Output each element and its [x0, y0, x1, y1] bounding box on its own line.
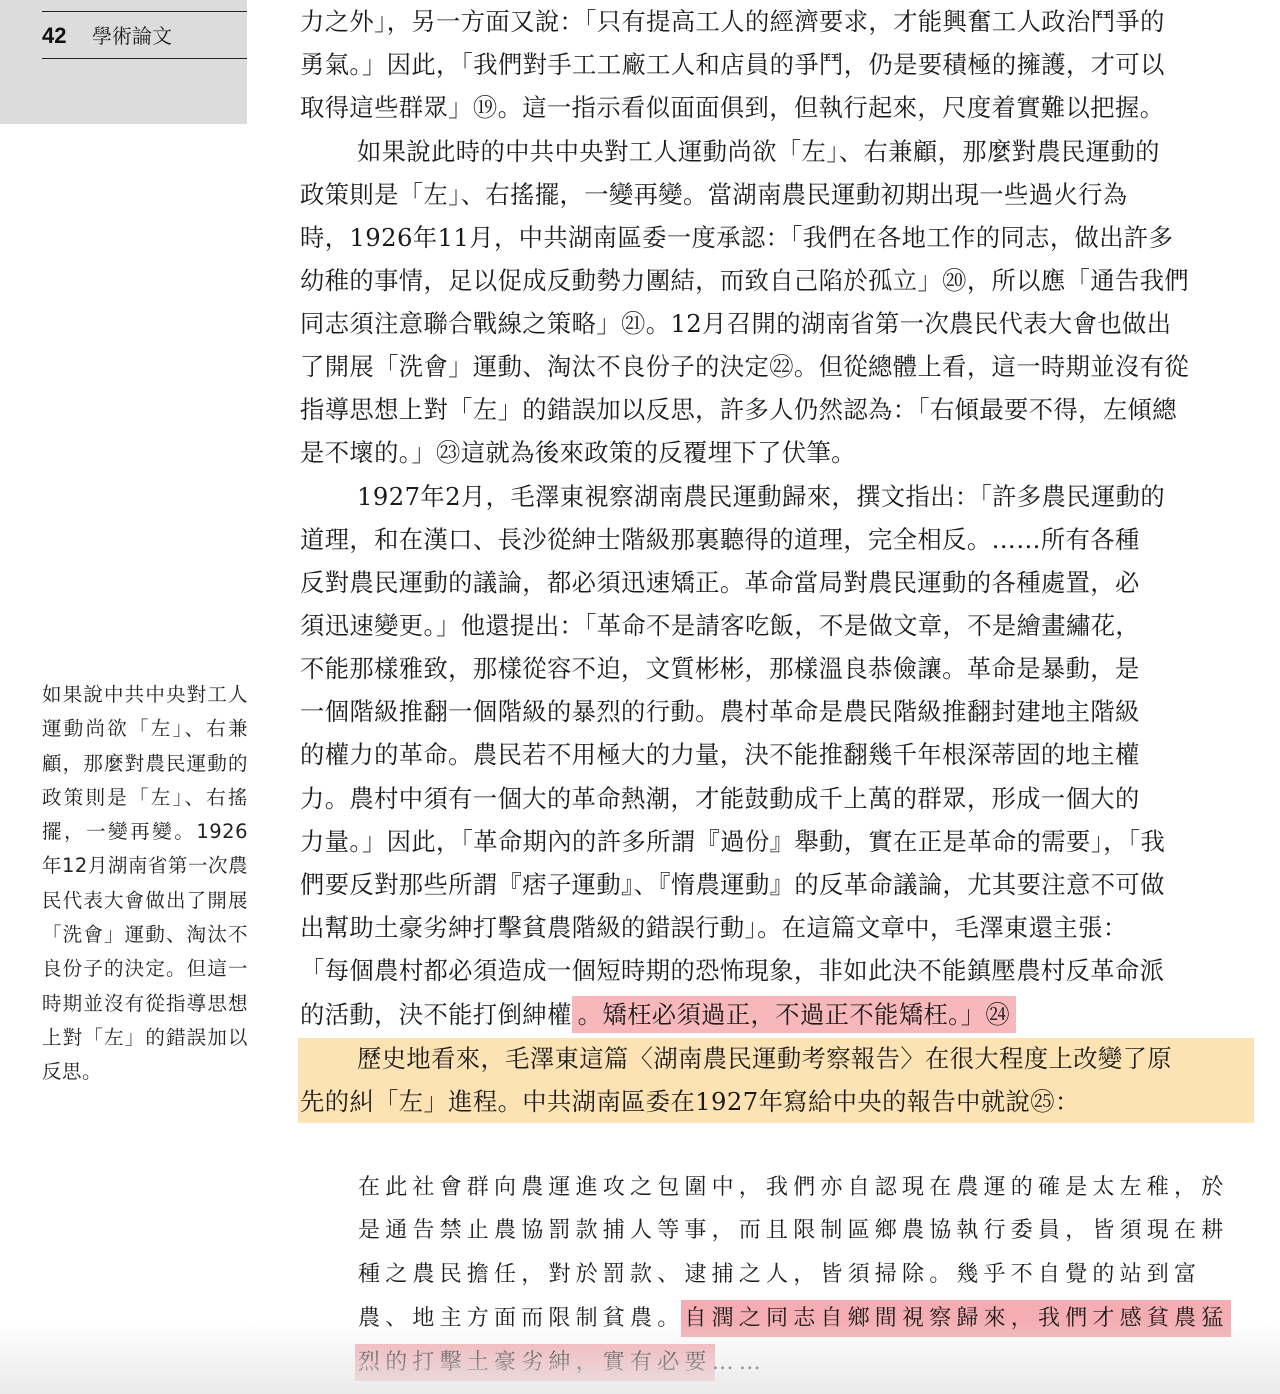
margin-pull-quote: 如果說中共中央對工人運動尚欲「左」、右兼顧，那麼對農民運動的政策則是「左」、右搖… — [42, 678, 248, 1090]
text-line-with-highlight: 的活動，決不能打倒紳權。矯枉必須過正，不過正不能矯枉。」㉔ — [300, 993, 1016, 1036]
text-line: 了開展「洗會」運動、淘汰不良份子的決定㉒。但從總體上看，這一時期並沒有從 — [300, 345, 1189, 388]
paragraph-start-line: 如果說此時的中共中央對工人運動尚欲「左」、右兼顧，那麼對農民運動的 — [300, 130, 1160, 173]
header-rule-bottom — [42, 58, 247, 59]
text-line: 取得這些群眾」⑲。這一指示看似面面俱到，但執行起來，尺度着實難以把握。 — [300, 86, 1164, 129]
text-line: 力。農村中須有一個大的革命熱潮，才能鼓動成千上萬的群眾，形成一個大的 — [300, 777, 1140, 820]
text-line: 幼稚的事情，足以促成反動勢力團結，而致自己陷於孤立」⑳，所以應「通告我們 — [300, 259, 1189, 302]
text-line: 「每個農村都必須造成一個短時期的恐怖現象，非如此決不能鎮壓農村反革命派 — [300, 949, 1164, 992]
pink-highlight-text: 。矯枉必須過正，不過正不能矯枉。」㉔ — [572, 996, 1016, 1033]
quote-line: 種之農民擔任，對於罰款、逮捕之人，皆須掃除。幾乎不自覺的站到富 — [358, 1253, 1201, 1296]
text-line: 是不壞的。」㉓這就為後來政策的反覆埋下了伏筆。 — [300, 431, 856, 474]
text-line: 力量。」因此，「革命期內的許多所謂『過份』舉動，實在正是革命的需要」，「我 — [300, 820, 1165, 863]
orange-highlight-line: 先的糾「左」進程。中共湖南區委在1927年寫給中央的報告中就說㉕： — [300, 1080, 1080, 1123]
text-line: 時，1926年11月，中共湖南區委一度承認：「我們在各地工作的同志，做出許多 — [300, 216, 1173, 259]
quote-line-with-highlight: 烈的打擊土豪劣紳，實有必要…… — [358, 1341, 766, 1384]
page-number: 42 — [42, 21, 66, 51]
text-line: 力之外」，另一方面又說：「只有提高工人的經濟要求，才能興奮工人政治鬥爭的 — [300, 0, 1165, 43]
text-line: 政策則是「左」、右搖擺，一變再變。當湖南農民運動初期出現一些過火行為 — [300, 173, 1128, 216]
plain-text: 的活動，決不能打倒紳權 — [300, 1000, 572, 1029]
plain-text: 農、地主方面而限制貧農。 — [358, 1306, 684, 1331]
text-line: 反對農民運動的議論，都必須迅速矯正。革命當局對農民運動的各種處置，必 — [300, 561, 1140, 604]
journal-section-title: 學術論文 — [92, 21, 172, 51]
text-line: 不能那樣雅致，那樣從容不迫，文質彬彬，那樣溫良恭儉讓。革命是暴動，是 — [300, 647, 1140, 690]
pink-highlight-text: 烈的打擊土豪劣紳，實有必要 — [355, 1344, 715, 1381]
text-line: 須迅速變更。」他還提出：「革命不是請客吃飯，不是做文章，不是繪畫繡花， — [300, 604, 1140, 647]
text-line: 的權力的革命。農民若不用極大的力量，決不能推翻幾千年根深蒂固的地主權 — [300, 733, 1140, 776]
ellipsis-text: …… — [712, 1350, 766, 1375]
pink-highlight-text: 自潤之同志自鄉間視察歸來，我們才感貧農猛 — [681, 1300, 1231, 1337]
orange-highlight-line: 歷史地看來，毛澤東這篇〈湖南農民運動考察報告〉在很大程度上改變了原 — [300, 1037, 1172, 1080]
text-line: 們要反對那些所謂『痞子運動』、『惰農運動』的反革命議論，尤其要注意不可做 — [300, 863, 1165, 906]
text-line: 勇氣。」因此，「我們對手工工廠工人和店員的爭鬥，仍是要積極的擁護，才可以 — [300, 43, 1165, 86]
text-line: 一個階級推翻一個階級的暴烈的行動。農村革命是農民階級推翻封建地主階級 — [300, 690, 1140, 733]
text-line: 道理，和在漢口、長沙從紳士階級那裏聽得的道理，完全相反。……所有各種 — [300, 518, 1140, 561]
text-line: 同志須注意聯合戰線之策略」㉑。12月召開的湖南省第一次農民代表大會也做出 — [300, 302, 1171, 345]
quote-line: 是通告禁止農協罰款捕人等事，而且限制區鄉農協執行委員，皆須現在耕 — [358, 1209, 1228, 1252]
quote-line: 在此社會群向農運進攻之包圍中，我們亦自認現在農運的確是太左稚，於 — [358, 1166, 1228, 1209]
quote-line-with-highlight: 農、地主方面而限制貧農。自潤之同志自鄉間視察歸來，我們才感貧農猛 — [358, 1297, 1228, 1340]
text-line: 出幫助土豪劣紳打擊貧農階級的錯誤行動」。在這篇文章中，毛澤東還主張： — [300, 906, 1128, 949]
paragraph-start-line: 1927年2月，毛澤東視察湖南農民運動歸來，撰文指出：「許多農民運動的 — [300, 475, 1165, 518]
header-rule-top — [42, 11, 247, 12]
running-header: 42 學術論文 — [0, 0, 247, 124]
text-line: 指導思想上對「左」的錯誤加以反思，許多人仍然認為：「右傾最要不得，左傾總 — [300, 388, 1177, 431]
